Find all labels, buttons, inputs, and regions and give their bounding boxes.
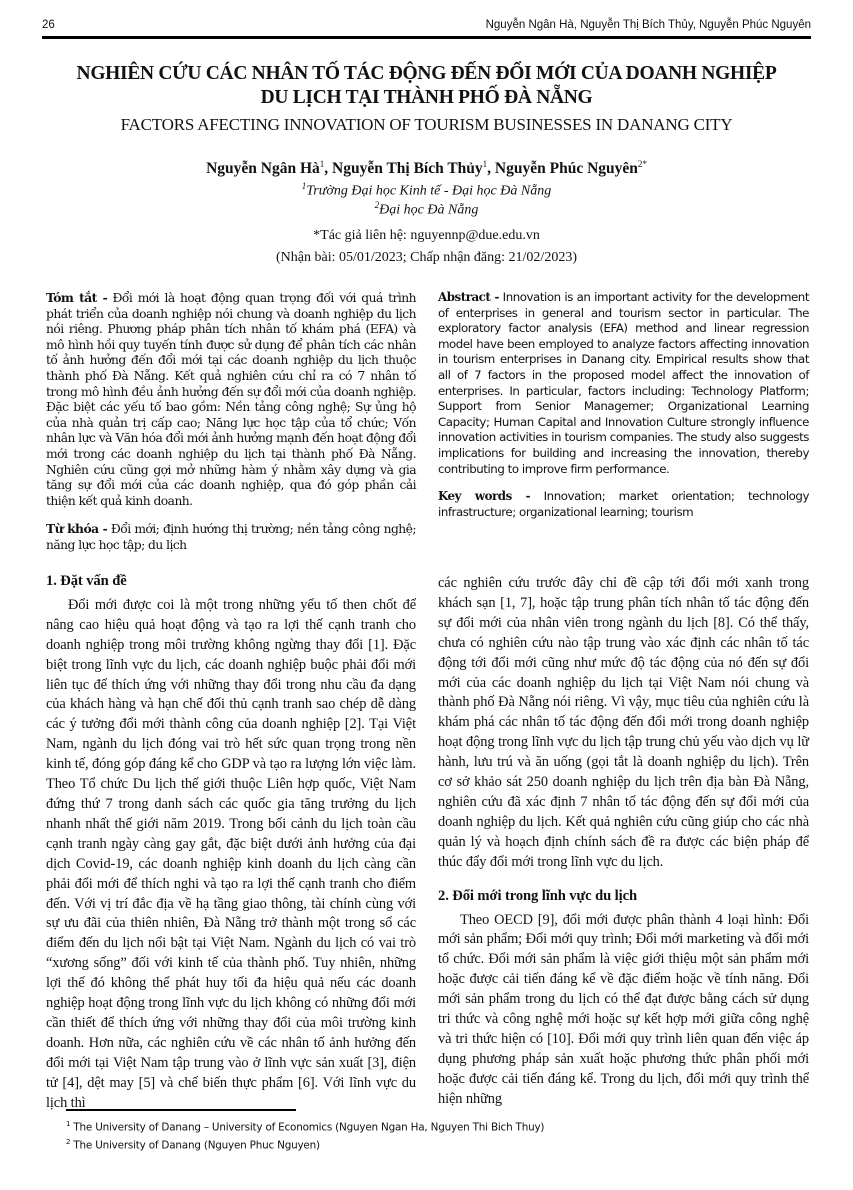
section-heading: 2. Đổi mới trong lĩnh vực du lịch bbox=[438, 887, 809, 907]
abstract-label: Tóm tắt - bbox=[46, 290, 107, 305]
keywords-label: Key words - bbox=[438, 489, 530, 503]
footnote-divider bbox=[66, 1109, 296, 1111]
corresponding-author: *Tác giả liên hệ: nguyennp@due.edu.vn bbox=[42, 228, 811, 244]
author-name: Nguyễn Thị Bích Thủy bbox=[332, 160, 483, 177]
body-column-left: 1. Đặt vấn đề Đổi mới được coi là một tr… bbox=[46, 572, 416, 1113]
keywords-label: Từ khóa - bbox=[46, 521, 107, 536]
paragraph: Đổi mới được coi là một trong những yếu … bbox=[46, 596, 416, 1114]
keywords-english: Key words - Innovation; market orientati… bbox=[438, 489, 809, 520]
title-vi-line2: DU LỊCH TẠI THÀNH PHỐ ĐÀ NẴNG bbox=[261, 87, 593, 108]
abstract-english: Abstract - Innovation is an important ac… bbox=[438, 290, 809, 520]
footnotes: 1 The University of Danang – University … bbox=[66, 1117, 544, 1154]
footnote: 2 The University of Danang (Nguyen Phuc … bbox=[66, 1135, 544, 1153]
affiliation: 2Đại học Đà Nẵng bbox=[42, 200, 811, 219]
footnote: 1 The University of Danang – University … bbox=[66, 1117, 544, 1135]
keywords-vietnamese: Từ khóa - Đổi mới; định hướng thị trường… bbox=[46, 521, 416, 553]
section-heading: 1. Đặt vấn đề bbox=[46, 572, 416, 592]
affil-text: Đại học Đà Nẵng bbox=[379, 203, 478, 218]
affil-text: Trường Đại học Kinh tế - Đại học Đà Nẵng bbox=[306, 184, 551, 199]
title-block: NGHIÊN CỨU CÁC NHÂN TỐ TÁC ĐỘNG ĐẾN ĐỔI … bbox=[42, 62, 811, 136]
running-authors: Nguyễn Ngân Hà, Nguyễn Thị Bích Thủy, Ng… bbox=[486, 19, 811, 31]
footnote-text: The University of Danang (Nguyen Phuc Ng… bbox=[70, 1140, 320, 1152]
paragraph: Theo OECD [9], đổi mới được phân thành 4… bbox=[438, 911, 809, 1110]
footnote-text: The University of Danang – University of… bbox=[70, 1121, 544, 1133]
author-name: Nguyễn Phúc Nguyên bbox=[495, 160, 638, 177]
title-vietnamese: NGHIÊN CỨU CÁC NHÂN TỐ TÁC ĐỘNG ĐẾN ĐỔI … bbox=[42, 62, 811, 110]
author-separator: , bbox=[324, 160, 332, 177]
author-separator: , bbox=[487, 160, 495, 177]
author-name: Nguyễn Ngân Hà bbox=[206, 160, 320, 177]
page-number: 26 bbox=[42, 19, 55, 31]
body-column-right: các nghiên cứu trước đây chỉ đề cập tới … bbox=[438, 574, 809, 1110]
abstract-text: Innovation is an important activity for … bbox=[438, 290, 809, 476]
abstract-label: Abstract - bbox=[438, 290, 499, 304]
paragraph: các nghiên cứu trước đây chỉ đề cập tới … bbox=[438, 574, 809, 873]
title-vi-line1: NGHIÊN CỨU CÁC NHÂN TỐ TÁC ĐỘNG ĐẾN ĐỔI … bbox=[77, 63, 777, 84]
submission-dates: (Nhận bài: 05/01/2023; Chấp nhận đăng: 2… bbox=[42, 250, 811, 266]
author-affil-mark: 2* bbox=[638, 159, 647, 169]
abstract-text: Đổi mới là hoạt động quan trọng đối với … bbox=[46, 291, 416, 508]
title-english: FACTORS AFECTING INNOVATION OF TOURISM B… bbox=[42, 114, 811, 136]
abstract-vietnamese: Tóm tắt - Đổi mới là hoạt động quan trọn… bbox=[46, 290, 416, 554]
running-header: 26 Nguyễn Ngân Hà, Nguyễn Thị Bích Thủy,… bbox=[42, 18, 811, 39]
author-list: Nguyễn Ngân Hà1, Nguyễn Thị Bích Thủy1, … bbox=[42, 159, 811, 178]
affiliation: 1Trường Đại học Kinh tế - Đại học Đà Nẵn… bbox=[42, 181, 811, 200]
